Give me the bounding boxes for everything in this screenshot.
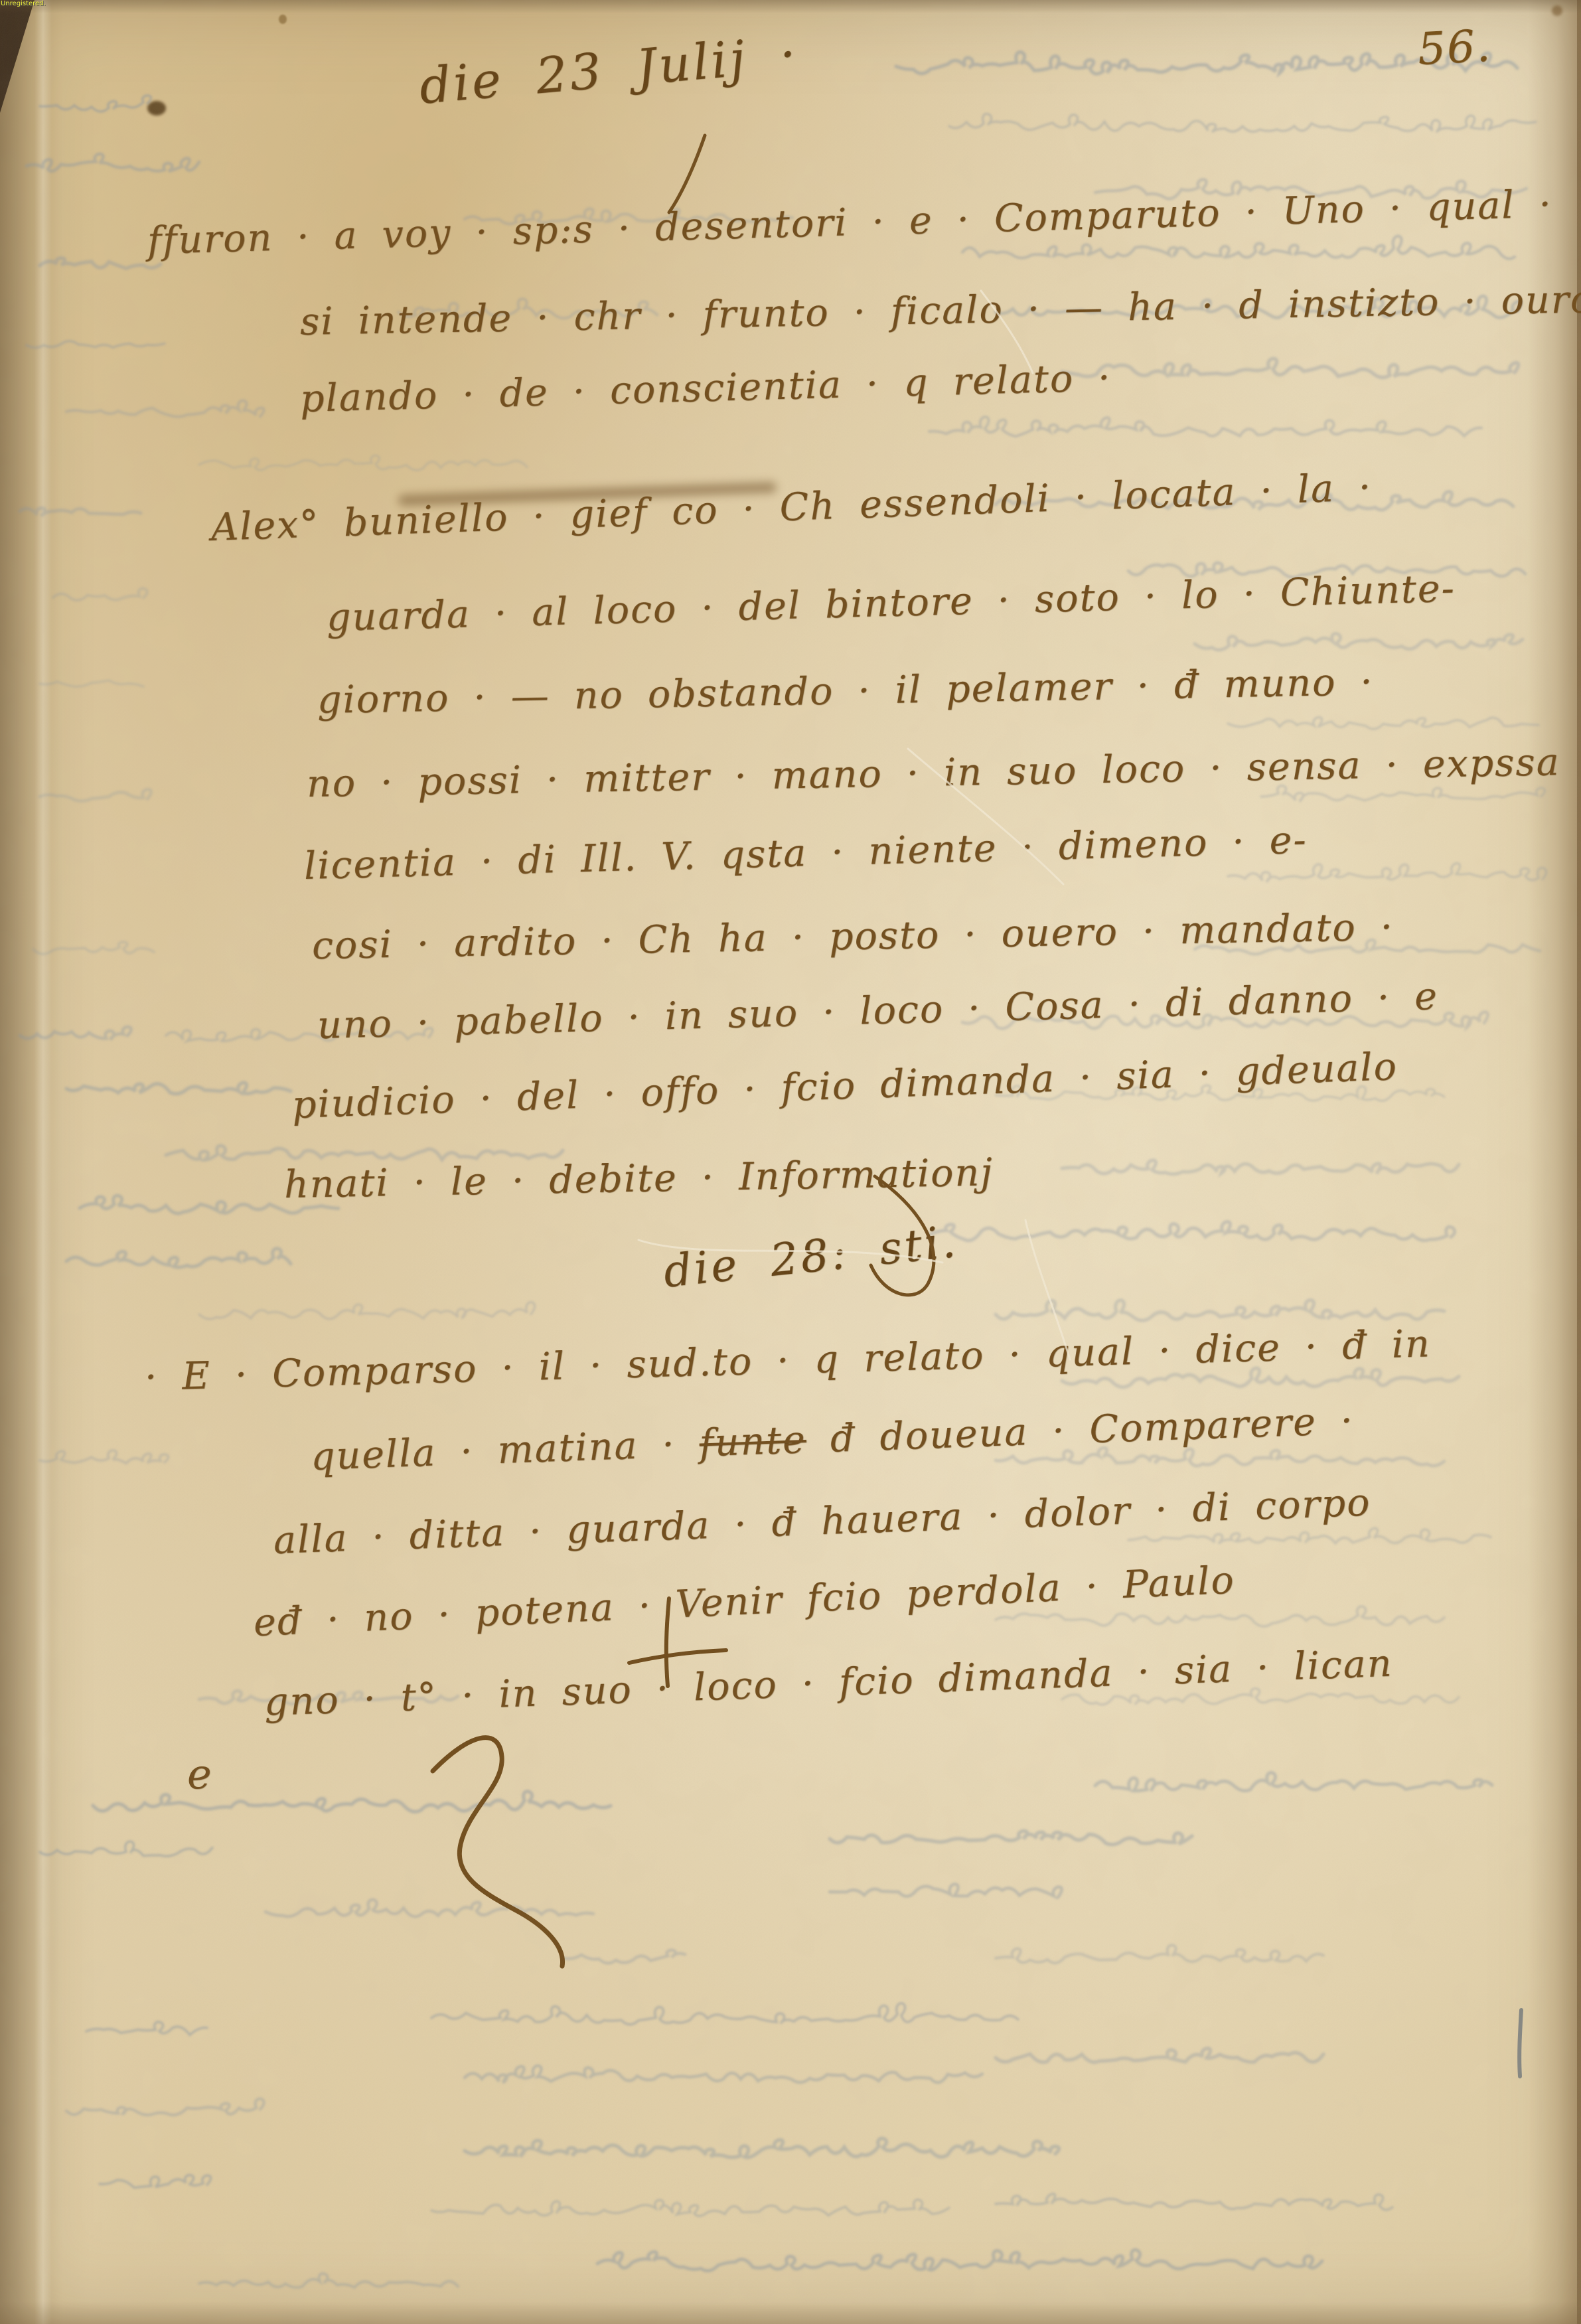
bleedthrough-ink — [431, 2200, 949, 2216]
bleedthrough-ink — [199, 455, 527, 470]
manuscript-line: plando · de · conscientia · q relato · — [299, 356, 1112, 421]
line-segment: đ doueua · Comparere · — [830, 1399, 1355, 1461]
bleedthrough-ink — [996, 1945, 1323, 1963]
paper-stain — [1552, 5, 1562, 16]
bleedthrough-ink — [86, 2022, 207, 2035]
bleedthrough-ink — [66, 2099, 264, 2115]
manuscript-line: Alex° buniello · gief co · Ch essendoli … — [210, 465, 1373, 550]
scan-watermark: Unregistered. — [1, 0, 46, 7]
bleedthrough-ink — [199, 1302, 535, 1319]
manuscript-line: gno · t° · in suo · loco · fcio dimanda … — [263, 1642, 1394, 1725]
manuscript-line: no · possi · mitter · mano · in suo loco… — [306, 740, 1560, 806]
manuscript-line: licentia · di Ill. V. qsta · niente · di… — [303, 818, 1308, 888]
paper-stain — [279, 15, 287, 24]
bleedthrough-ink — [962, 236, 1515, 259]
bleedthrough-ink — [929, 1221, 1455, 1240]
page-fold-highlight — [35, 0, 52, 2324]
page-edge-line — [1577, 0, 1581, 2324]
bleedthrough-ink — [1062, 358, 1519, 377]
bleedthrough-ink — [100, 2175, 211, 2188]
j-descender — [669, 135, 705, 212]
date-heading: die 23 Julij · — [417, 25, 800, 116]
manuscript-line: alla · ditta · guarda · đ hauera · dolor… — [273, 1480, 1372, 1563]
manuscript-line: eđ · no · potena · Venir fcio perdola · … — [253, 1558, 1236, 1644]
manuscript-line: ffuron · a voy · sp:s · desentori · e · … — [147, 183, 1552, 263]
bleedthrough-ink — [199, 2274, 458, 2287]
manuscript-line: si intende · chr · frunto · ficalo · — h… — [299, 277, 1581, 344]
pen-cross-stroke — [629, 1650, 726, 1663]
bleedthrough-ink — [1062, 1160, 1459, 1174]
manuscript-line: guarda · al loco · del bintore · soto · … — [326, 566, 1456, 640]
bleedthrough-ink — [1228, 717, 1539, 729]
line-segment: quella · matina · — [310, 1423, 676, 1479]
bleedthrough-ink — [597, 2250, 1322, 2271]
bleedthrough-ink — [1228, 864, 1546, 882]
page-edge-shadow — [1528, 0, 1581, 2324]
bleedthrough-ink — [166, 1146, 563, 1160]
bleedthrough-ink — [830, 1831, 1192, 1845]
bleedthrough-ink — [949, 114, 1536, 132]
manuscript-line: hnati · le · debite · Informationj — [283, 1150, 994, 1207]
bleedthrough-ink — [66, 401, 264, 417]
manuscript-line: piudicio · del · offo · fcio dimanda · s… — [291, 1045, 1398, 1127]
manuscript-line: cosi · ardito · Ch ha · posto · ouero · … — [311, 905, 1394, 968]
bleedthrough-ink — [465, 2066, 982, 2083]
bleedthrough-ink — [265, 1900, 593, 1917]
bleedthrough-ink — [564, 1950, 685, 1964]
s-flourish — [433, 1738, 563, 1966]
bleedthrough-ink — [431, 2003, 1018, 2025]
bleedthrough-ink — [1195, 633, 1523, 650]
bleedthrough-ink — [929, 417, 1481, 436]
manuscript-line: quella · matina · funte đ doueua · Compa… — [310, 1399, 1355, 1479]
bleedthrough-ink — [996, 2194, 1393, 2210]
ink-stain — [147, 101, 166, 116]
bleedthrough-ink — [830, 1884, 1062, 1897]
manuscript-line: · E · Comparso · il · sud.to · q relato … — [144, 1322, 1431, 1399]
bleedthrough-ink — [996, 2049, 1323, 2062]
folio-number: 56. — [1416, 20, 1493, 75]
manuscript-page: Unregistered. die 23 Julij · 56. ffuron … — [0, 0, 1581, 2324]
page-top-shadow — [0, 0, 1581, 13]
page-bottom-shadow — [0, 2301, 1581, 2324]
manuscript-line: uno · pabello · in suo · loco · Cosa · d… — [317, 974, 1439, 1047]
bleedthrough-ink — [1095, 1772, 1492, 1790]
struck-word: funte — [698, 1418, 806, 1466]
bleedthrough-ink — [66, 1249, 291, 1267]
margin-pen-mark — [1519, 2010, 1521, 2076]
bleedthrough-ink — [465, 2138, 1059, 2157]
bleedthrough-ink — [93, 1792, 611, 1812]
bleedthrough-ink — [66, 1083, 291, 1094]
bleedthrough-ink — [996, 1300, 1444, 1320]
date-heading: die 28: sti. — [661, 1216, 960, 1298]
final-mark: e — [187, 1750, 213, 1798]
manuscript-line: giorno · — no obstando · il pelamer · đ … — [317, 660, 1374, 722]
